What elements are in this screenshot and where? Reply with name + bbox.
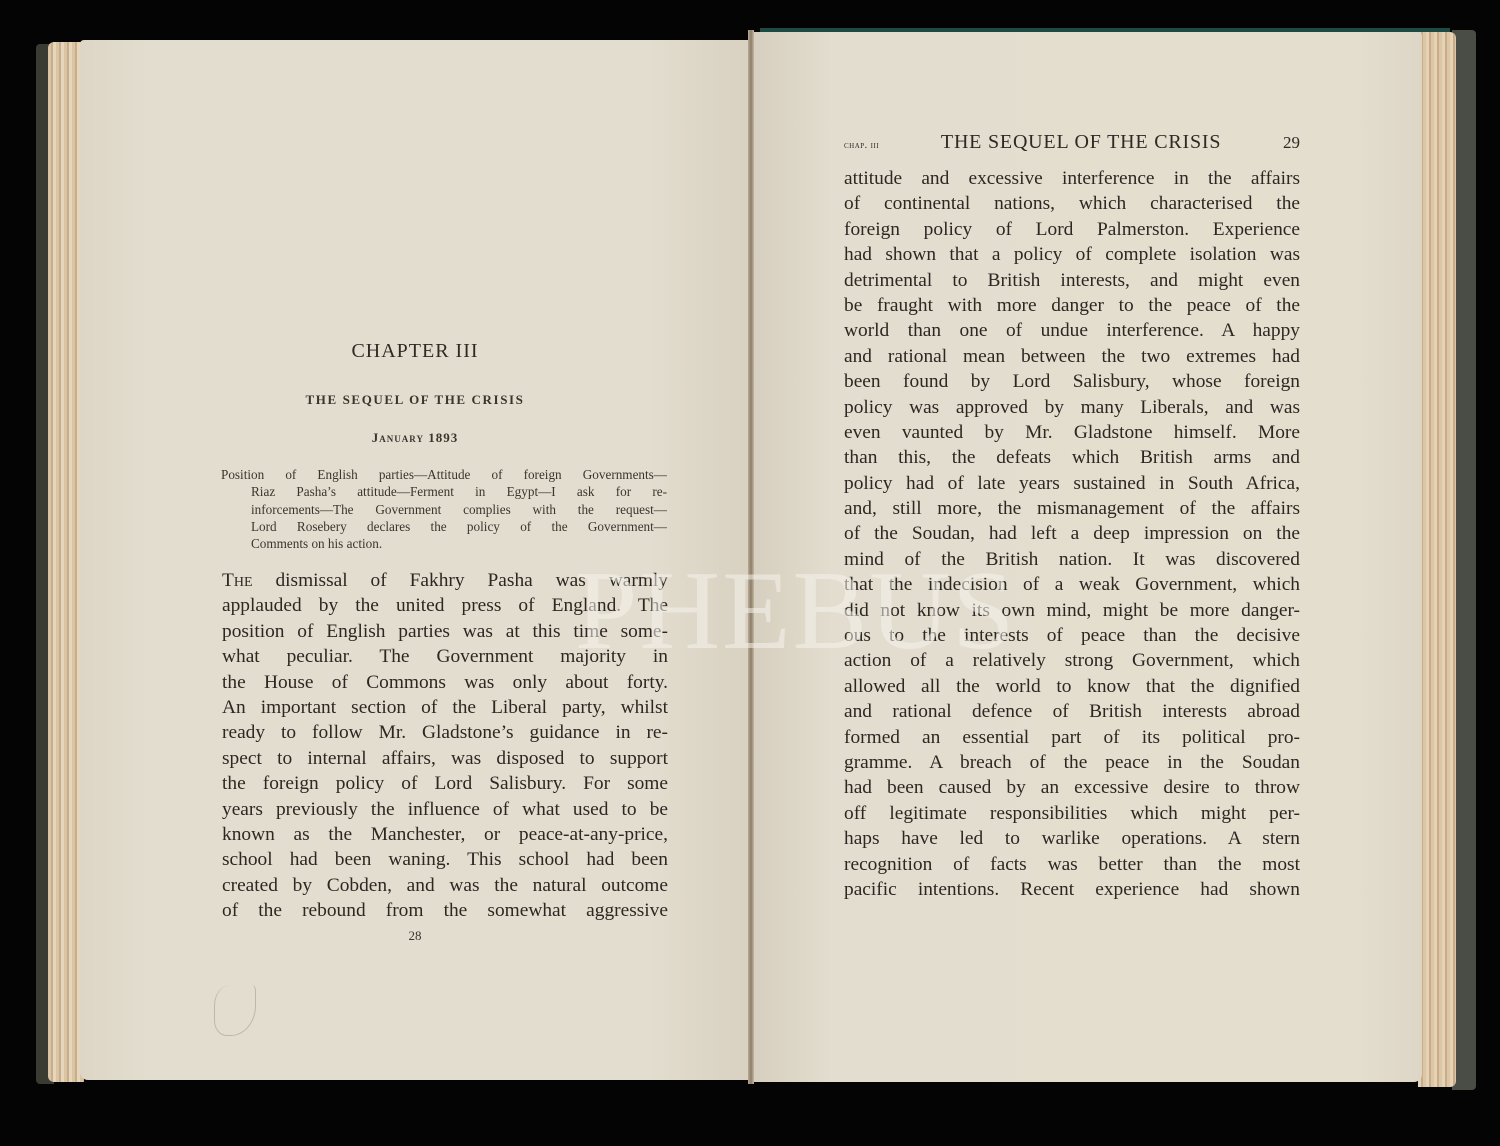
summary-line: Lord Rosebery declares the policy of the… (221, 518, 667, 535)
body-line: the House of Commons was only about fort… (222, 670, 668, 695)
drop-word: The (222, 570, 253, 591)
body-line: ous to the interests of peace than the d… (844, 623, 1300, 648)
page-number-right: 29 (1283, 133, 1300, 153)
summary-line: Comments on his action. (221, 535, 667, 552)
right-body-text: attitude and excessive interference in t… (844, 166, 1300, 902)
body-line: detrimental to British interests, and mi… (844, 268, 1300, 293)
body-line: policy had of late years sustained in So… (844, 471, 1300, 496)
body-line: foreign policy of Lord Palmerston. Exper… (844, 217, 1300, 242)
body-line: of the Soudan, had left a deep impressio… (844, 521, 1300, 546)
body-line: what peculiar. The Government majority i… (222, 644, 668, 669)
chapter-date: January 1893 (80, 430, 750, 446)
body-line: ready to follow Mr. Gladstone’s guidance… (222, 720, 668, 745)
book-gutter (748, 30, 754, 1084)
summary-line: Position of English parties—Attitude of … (221, 466, 667, 483)
body-line: formed an essential part of its politica… (844, 725, 1300, 750)
page-block-right-edge (1418, 32, 1456, 1087)
body-line: of the rebound from the somewhat aggress… (222, 898, 668, 923)
body-line: been found by Lord Salisbury, whose fore… (844, 369, 1300, 394)
body-line: applauded by the united press of England… (222, 593, 668, 618)
body-line: and, still more, the mismanagement of th… (844, 496, 1300, 521)
body-line: position of English parties was at this … (222, 619, 668, 644)
running-head: chap. iii THE SEQUEL OF THE CRISIS 29 (844, 131, 1300, 154)
page-number-left: 28 (80, 928, 750, 944)
open-book: CHAPTER III THE SEQUEL OF THE CRISIS Jan… (0, 0, 1500, 1146)
body-line: than this, the defeats which British arm… (844, 445, 1300, 470)
body-line: years previously the influence of what u… (222, 797, 668, 822)
running-head-chapter: chap. iii (844, 140, 879, 151)
body-line: and rational defence of British interest… (844, 699, 1300, 724)
body-line: The dismissal of Fakhry Pasha was warmly (222, 568, 668, 593)
body-line: action of a relatively strong Government… (844, 648, 1300, 673)
body-line: world than one of undue interference. A … (844, 318, 1300, 343)
body-line: even vaunted by Mr. Gladstone himself. M… (844, 420, 1300, 445)
body-line: be fraught with more danger to the peace… (844, 293, 1300, 318)
body-line: the foreign policy of Lord Salisbury. Fo… (222, 771, 668, 796)
body-line: had been caused by an excessive desire t… (844, 775, 1300, 800)
body-line: did not know its own mind, might be more… (844, 598, 1300, 623)
body-line: policy was approved by many Liberals, an… (844, 395, 1300, 420)
running-head-title: THE SEQUEL OF THE CRISIS (941, 131, 1221, 154)
body-line: of continental nations, which characteri… (844, 191, 1300, 216)
summary-line: Riaz Pasha’s attitude—Ferment in Egypt—I… (221, 483, 667, 500)
body-line: and rational mean between the two extrem… (844, 344, 1300, 369)
body-line: haps have led to warlike operations. A s… (844, 826, 1300, 851)
body-line: An important section of the Liberal part… (222, 695, 668, 720)
body-line: that the indecision of a weak Government… (844, 572, 1300, 597)
left-page (80, 40, 750, 1080)
body-line: spect to internal affairs, was disposed … (222, 746, 668, 771)
body-line: recognition of facts was better than the… (844, 852, 1300, 877)
body-line: allowed all the world to know that the d… (844, 674, 1300, 699)
body-line: mind of the British nation. It was disco… (844, 547, 1300, 572)
summary-line: inforcements—The Government complies wit… (221, 501, 667, 518)
body-line: created by Cobden, and was the natural o… (222, 873, 668, 898)
body-line: had shown that a policy of complete isol… (844, 242, 1300, 267)
body-line: school had been waning. This school had … (222, 847, 668, 872)
chapter-summary: Position of English parties—Attitude of … (221, 466, 667, 552)
body-line: pacific intentions. Recent experience ha… (844, 877, 1300, 902)
body-line: gramme. A breach of the peace in the Sou… (844, 750, 1300, 775)
chapter-title: CHAPTER III (80, 340, 750, 363)
body-line: off legitimate responsibilities which mi… (844, 801, 1300, 826)
body-line: attitude and excessive interference in t… (844, 166, 1300, 191)
chapter-subtitle: THE SEQUEL OF THE CRISIS (80, 392, 750, 408)
body-line: known as the Manchester, or peace-at-any… (222, 822, 668, 847)
page-block-left-edge (48, 42, 84, 1082)
left-body-text: The dismissal of Fakhry Pasha was warmly… (222, 568, 668, 923)
